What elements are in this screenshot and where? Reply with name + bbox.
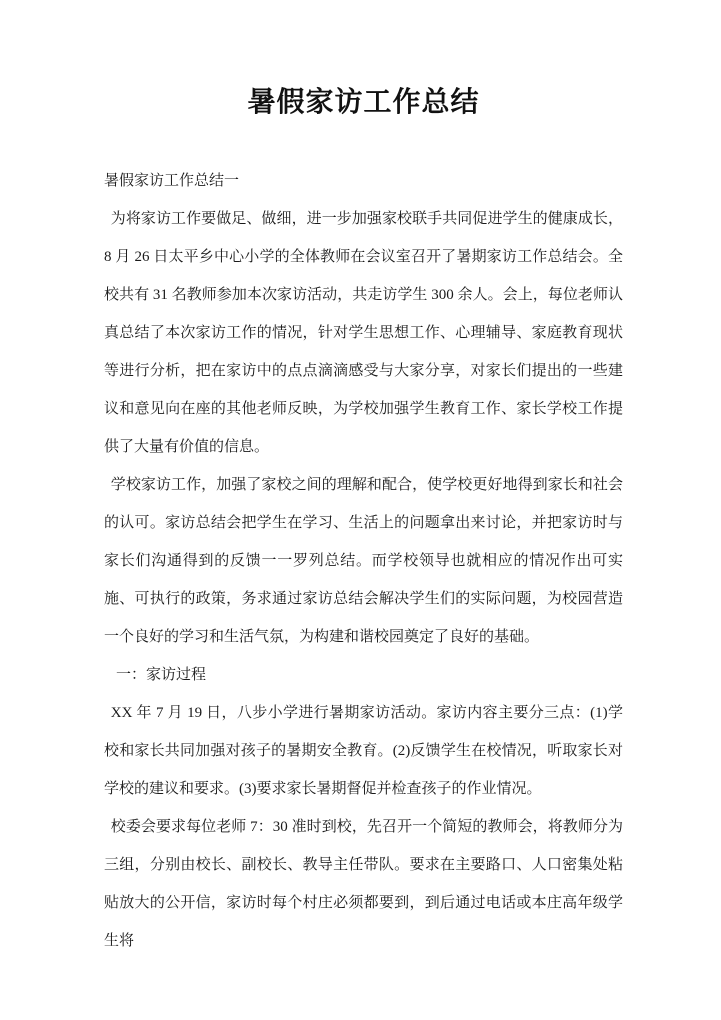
paragraph-visit-content: XX 年 7 月 19 日，八步小学进行暑期家访活动。家访内容主要分三点：(1)… [104, 694, 623, 808]
paragraph-school-cooperation: 学校家访工作，加强了家校之间的理解和配合，使学校更好地得到家长和社会的认可。家访… [104, 466, 623, 656]
document-subtitle: 暑假家访工作总结一 [104, 162, 623, 200]
document-body: 暑假家访工作总结一 为将家访工作要做足、做细，进一步加强家校联手共同促进学生的健… [104, 162, 623, 960]
document-title: 暑假家访工作总结 [0, 0, 721, 122]
document-page: 暑假家访工作总结 暑假家访工作总结一 为将家访工作要做足、做细，进一步加强家校联… [0, 0, 721, 1020]
paragraph-summary-meeting: 为将家访工作要做足、做细，进一步加强家校联手共同促进学生的健康成长，8 月 26… [104, 200, 623, 466]
section-heading-visit-process: 一：家访过程 [104, 656, 623, 694]
paragraph-committee-requirements: 校委会要求每位老师 7：30 准时到校，先召开一个简短的教师会，将教师分为三组，… [104, 808, 623, 960]
